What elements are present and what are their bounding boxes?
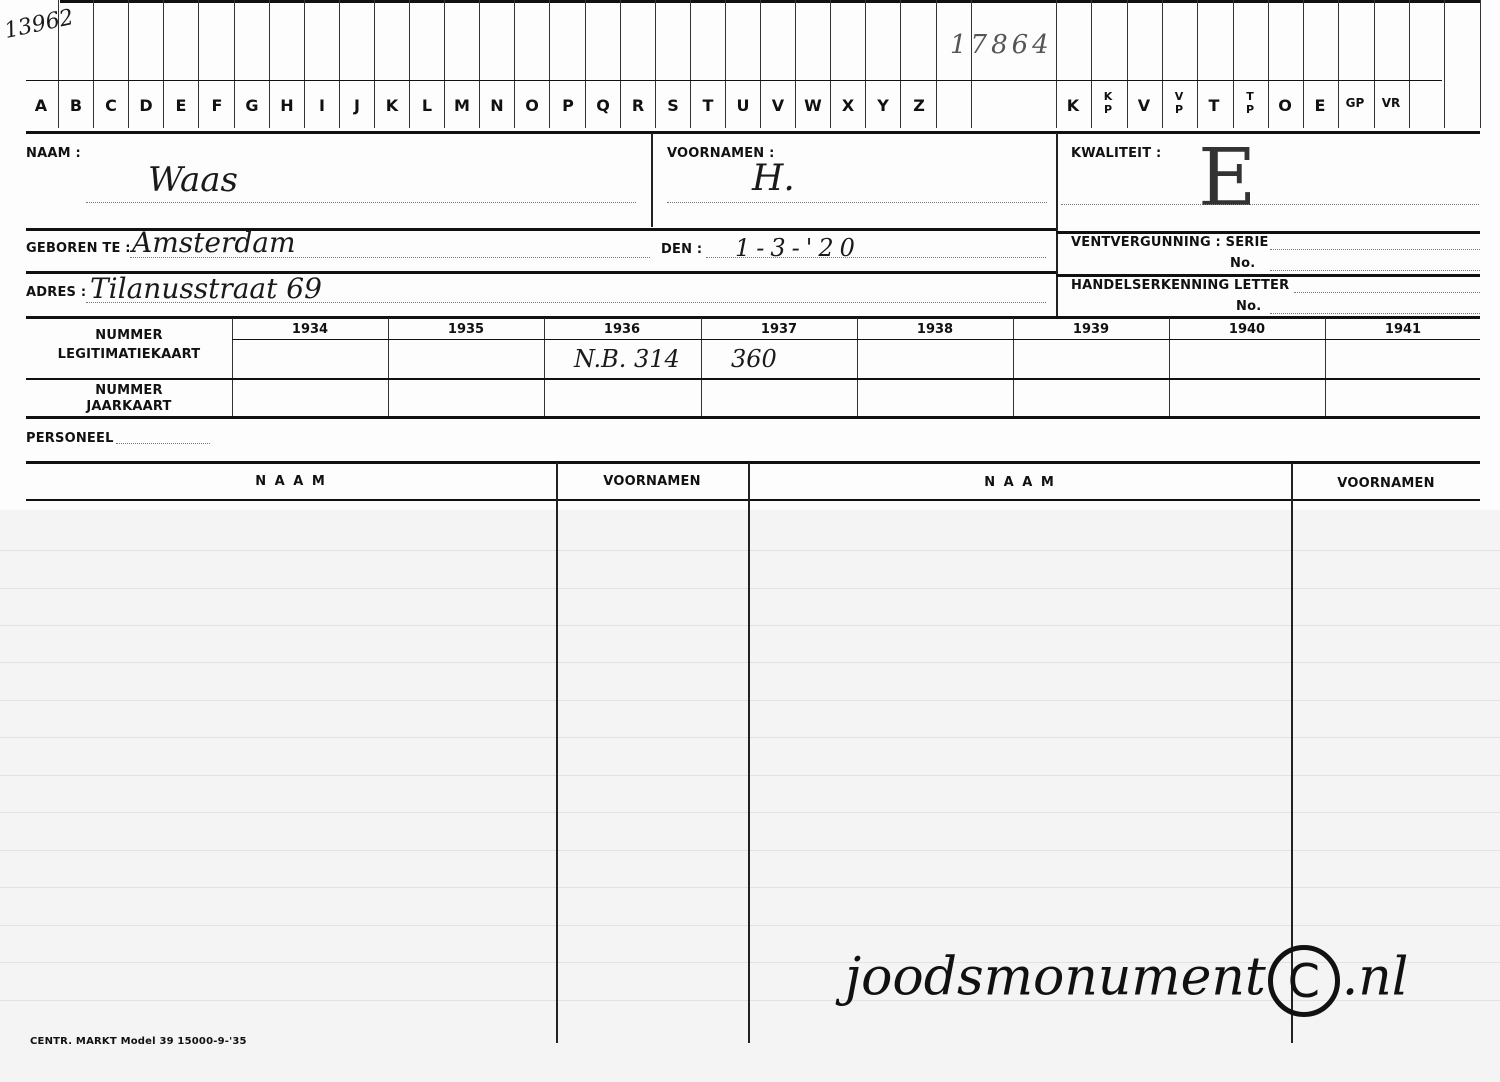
index-letter-e: E [164, 96, 198, 115]
index-letter-a: A [24, 96, 58, 115]
ruled-line [0, 775, 1500, 776]
row-divider [26, 461, 1480, 464]
personeel-header-voornamen-2: VOORNAMEN [1292, 476, 1480, 491]
handelserkenning-no-line [1270, 313, 1480, 314]
grid-line [198, 0, 199, 128]
ruled-line [0, 812, 1500, 813]
index-code-v: V [1127, 96, 1161, 115]
row-divider [26, 499, 1480, 501]
column-divider [556, 463, 558, 1043]
top-number: 17864 [950, 30, 1053, 60]
divider [1056, 133, 1058, 317]
legitimatie-label-2: LEGITIMATIEKAART [26, 347, 232, 362]
index-letter-q: Q [586, 96, 620, 115]
ruled-line [0, 850, 1500, 851]
geboren-line [130, 257, 650, 258]
year-header-1939: 1939 [1013, 322, 1169, 337]
row-divider [26, 378, 1480, 380]
legitimatiekaart-cell-1937[interactable]: 360 [731, 345, 777, 373]
ruled-line [0, 662, 1500, 663]
jaarkaart-label-1: NUMMER [26, 383, 232, 398]
handelserkenning-no-label: No. [1236, 299, 1261, 314]
year-header-divider [232, 339, 1480, 340]
voornamen-value[interactable]: H. [752, 158, 795, 199]
index-letter-n: N [480, 96, 514, 115]
year-header-1935: 1935 [388, 322, 544, 337]
ruled-line [0, 925, 1500, 926]
index-code-vp: VP [1162, 90, 1196, 116]
ruled-line [0, 588, 1500, 589]
index-code-k: K [1056, 96, 1090, 115]
row-divider [26, 316, 1480, 319]
ruled-line [0, 887, 1500, 888]
column-divider [748, 463, 750, 1043]
index-letter-g: G [235, 96, 269, 115]
personeel-label: PERSONEEL [26, 431, 114, 446]
kwaliteit-label: KWALITEIT : [1071, 146, 1161, 161]
copyright-icon: C [1268, 945, 1340, 1017]
year-header-1938: 1938 [857, 322, 1013, 337]
row-divider [1056, 231, 1480, 234]
watermark-text: joodsmonument [845, 948, 1266, 1008]
adres-label: ADRES : [26, 285, 86, 300]
personeel-header-naam-1: N A A M [26, 474, 556, 489]
row-divider [1056, 274, 1480, 277]
ruled-line [0, 625, 1500, 626]
index-letter-b: B [59, 96, 93, 115]
ventvergunning-label: VENTVERGUNNING : SERIE [1071, 235, 1269, 250]
tab-divider [26, 80, 1442, 81]
index-letter-u: U [726, 96, 760, 115]
naam-value[interactable]: Waas [148, 160, 238, 200]
ruled-line [0, 700, 1500, 701]
handelserkenning-label: HANDELSERKENNING LETTER [1071, 278, 1289, 293]
section-divider [26, 131, 1480, 134]
grid-line [900, 0, 901, 128]
index-letter-f: F [200, 96, 234, 115]
personeel-header-naam-2: N A A M [749, 475, 1291, 490]
index-letter-y: Y [866, 96, 900, 115]
index-letter-p: P [551, 96, 585, 115]
handelserkenning-letter-line [1294, 292, 1480, 293]
ventvergunning-no-line [1270, 270, 1480, 271]
year-header-1940: 1940 [1169, 322, 1325, 337]
personeel-header-voornamen-1: VOORNAMEN [557, 474, 747, 489]
watermark-domain: .nl [1342, 948, 1409, 1008]
index-letter-v: V [761, 96, 795, 115]
grid-line [1480, 0, 1481, 128]
index-code-t: T [1197, 96, 1231, 115]
geboren-label: GEBOREN TE : [26, 241, 131, 256]
adres-line [86, 302, 1046, 303]
index-code-tp: TP [1233, 90, 1267, 116]
den-line [706, 257, 1046, 258]
index-letter-r: R [621, 96, 655, 115]
index-letter-l: L [410, 96, 444, 115]
ruled-line [0, 550, 1500, 551]
year-header-1936: 1936 [544, 322, 700, 337]
geboren-value[interactable]: Amsterdam [132, 226, 296, 259]
voornamen-line [667, 202, 1047, 203]
year-header-1934: 1934 [232, 322, 388, 337]
index-letter-d: D [129, 96, 163, 115]
index-letter-m: M [445, 96, 479, 115]
index-letter-w: W [796, 96, 830, 115]
top-border [60, 0, 1480, 3]
den-label: DEN : [661, 242, 702, 257]
kwaliteit-line [1061, 204, 1479, 205]
ruled-line [0, 737, 1500, 738]
naam-line [86, 202, 636, 203]
grid-line [1409, 0, 1410, 128]
watermark: joodsmonumentC.nl [845, 945, 1408, 1017]
grid-line [936, 0, 937, 128]
index-letter-i: I [305, 96, 339, 115]
grid-line [1444, 0, 1445, 128]
index-letter-x: X [831, 96, 865, 115]
index-letter-s: S [656, 96, 690, 115]
index-letter-t: T [691, 96, 725, 115]
kwaliteit-value[interactable]: E [1198, 138, 1256, 218]
adres-value[interactable]: Tilanusstraat 69 [90, 272, 322, 305]
legitimatiekaart-cell-1936[interactable]: N.B. 314 [574, 345, 680, 373]
row-divider [26, 416, 1480, 419]
year-header-1941: 1941 [1325, 322, 1481, 337]
personeel-line [116, 443, 210, 444]
index-letter-h: H [270, 96, 304, 115]
index-code-e: E [1303, 96, 1337, 115]
divider [651, 133, 653, 227]
jaarkaart-label-2: JAARKAART [26, 399, 232, 414]
year-header-1937: 1937 [701, 322, 857, 337]
index-letter-c: C [94, 96, 128, 115]
index-code-kp: KP [1091, 90, 1125, 116]
ventvergunning-serie-line [1270, 249, 1480, 250]
print-info: CENTR. MARKT Model 39 15000-9-'35 [30, 1036, 247, 1047]
grid-line [549, 0, 550, 128]
ventvergunning-no-label: No. [1230, 256, 1255, 271]
index-letter-z: Z [902, 96, 936, 115]
index-letter-j: J [340, 96, 374, 115]
index-code-o: O [1268, 96, 1302, 115]
naam-label: NAAM : [26, 146, 81, 161]
grid-line [971, 0, 972, 128]
legitimatie-label-1: NUMMER [26, 328, 232, 343]
index-code-gp: GP [1338, 96, 1372, 110]
index-letter-o: O [515, 96, 549, 115]
index-code-vr: VR [1374, 96, 1408, 110]
index-letter-k: K [375, 96, 409, 115]
